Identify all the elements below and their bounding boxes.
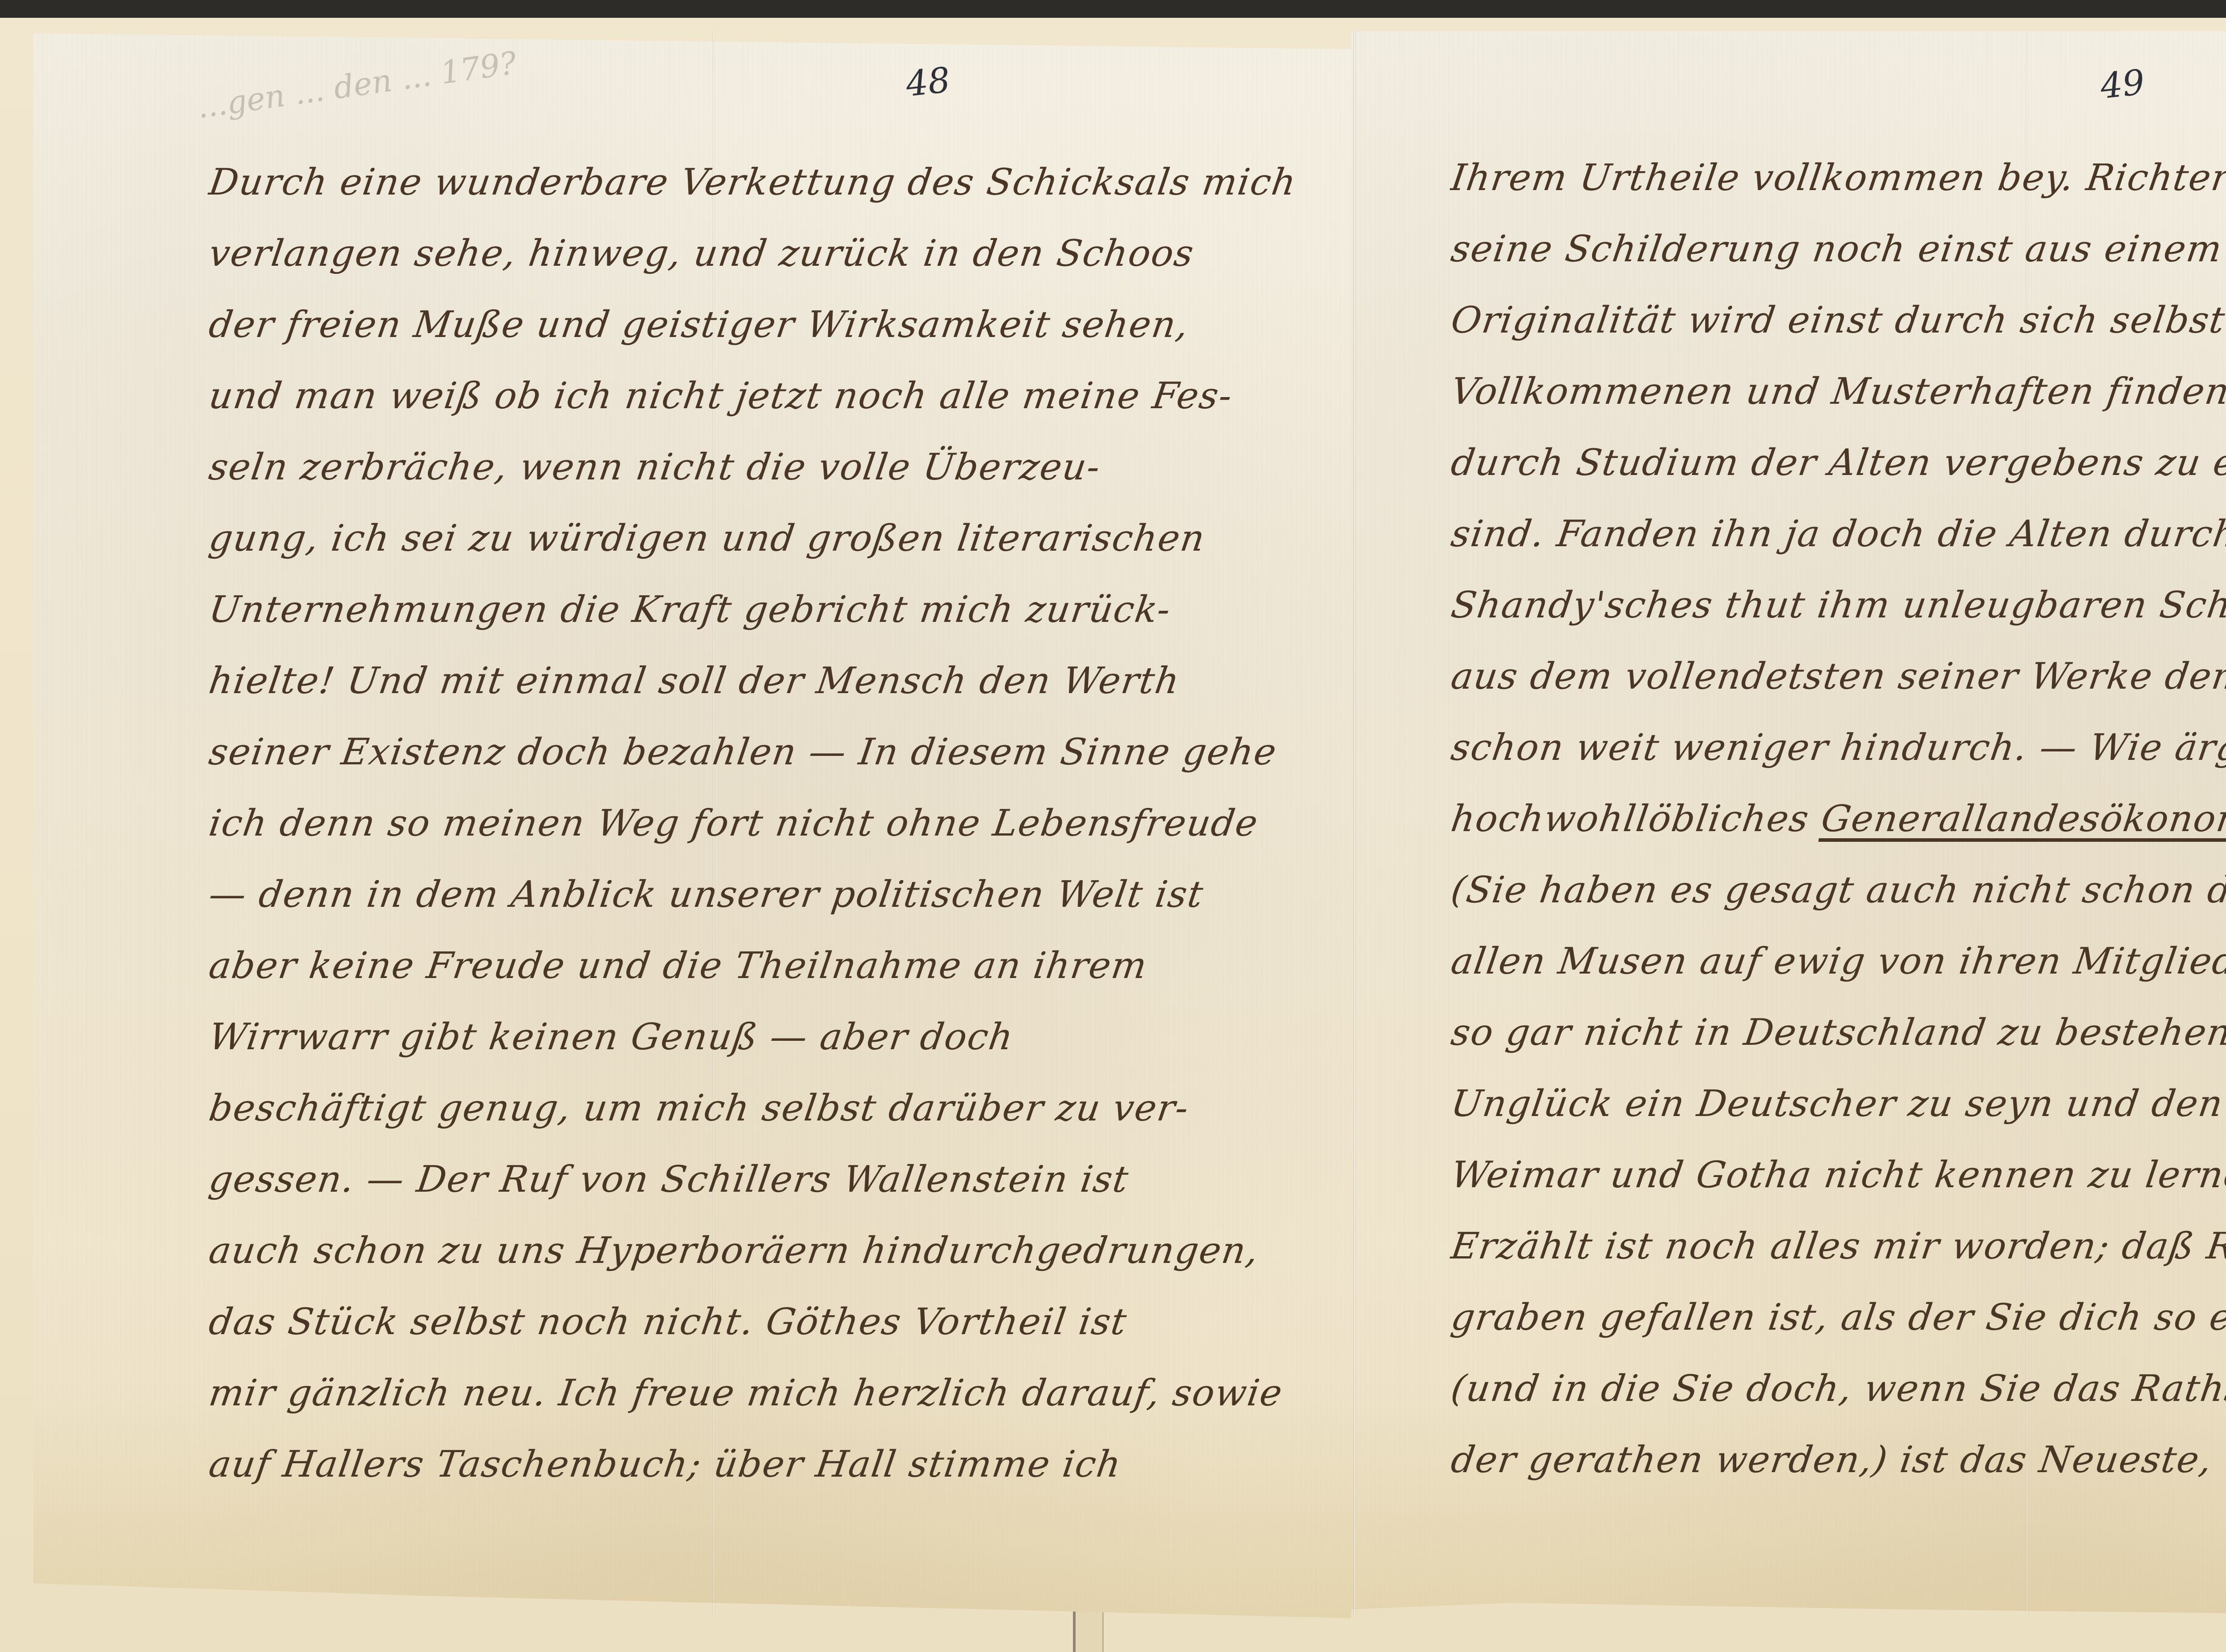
text-line: mir gänzlich neu. Ich freue mich herzlic… <box>204 1358 1416 1429</box>
underlined-word: Generallandesökonomiekommerzcollegium <box>1819 798 2226 840</box>
text-line: Wirrwarr gibt keinen Genuß — aber doch <box>204 1002 1416 1073</box>
text-prefix: hochwohllöbliches <box>1448 798 1824 840</box>
text-line: Unglück ein Deutscher zu seyn und den Kr… <box>1446 1068 2226 1140</box>
text-line: (und in die Sie doch, wenn Sie das Raths… <box>1446 1353 2226 1425</box>
text-line: ich denn so meinen Weg fort nicht ohne L… <box>204 788 1416 859</box>
text-line: auch schon zu uns Hyperboräern hindurchg… <box>204 1215 1416 1287</box>
text-line: Weimar und Gotha nicht kennen zu lernen! <box>1446 1140 2226 1211</box>
text-line: gessen. — Der Ruf von Schillers Wallenst… <box>204 1144 1416 1215</box>
text-line: allen Musen auf ewig von ihren Mitgliede… <box>1446 926 2226 997</box>
text-line: beschäftigt genug, um mich selbst darübe… <box>204 1073 1416 1144</box>
text-line: seine Schilderung noch einst aus einem P… <box>1446 214 2226 285</box>
text-line: seiner Existenz doch bezahlen — In diese… <box>204 717 1416 788</box>
text-line: Erzählt ist noch alles mir worden; daß R… <box>1446 1211 2226 1282</box>
text-line: Shandy'sches thut ihm unleugbaren Schade… <box>1446 570 2226 641</box>
text-line: gung, ich sei zu würdigen und großen lit… <box>204 503 1416 574</box>
text-line: aus dem vollendetsten seiner Werke dem C… <box>1446 641 2226 712</box>
text-line: schon weit weniger hindurch. — Wie ärger… <box>1446 712 2226 783</box>
page-number-left: 48 <box>904 60 952 105</box>
text-line: durch Studium der Alten vergebens zu ers… <box>1446 427 2226 499</box>
text-line: der gerathen werden,) ist das Neueste, w… <box>1446 1425 2226 1496</box>
text-line: Ihrem Urtheile vollkommen bey. Richter h… <box>1446 142 2226 214</box>
text-line: und man weiß ob ich nicht jetzt noch all… <box>204 361 1416 432</box>
text-line: auf Hallers Taschenbuch; über Hall stimm… <box>204 1429 1416 1500</box>
text-line: seln zerbräche, wenn nicht die volle Übe… <box>204 432 1416 503</box>
text-line: Vollkommenen und Musterhaften finden, de… <box>1446 356 2226 427</box>
text-line: Unternehmungen die Kraft gebricht mich z… <box>204 574 1416 645</box>
text-line: — denn in dem Anblick unserer politische… <box>204 859 1416 930</box>
text-line-with-underline: hochwohllöbliches Generallandesökonomiek… <box>1446 783 2226 855</box>
text-line: hielte! Und mit einmal soll der Mensch d… <box>204 645 1416 717</box>
handwritten-text-right-page: Ihrem Urtheile vollkommen bey. Richter h… <box>1451 142 2226 1496</box>
text-line: Durch eine wunderbare Verkettung des Sch… <box>204 147 1416 218</box>
text-line: so gar nicht in Deutschland zu bestehen … <box>1446 997 2226 1068</box>
text-line: (Sie haben es gesagt auch nicht schon de… <box>1446 855 2226 926</box>
text-line: das Stück selbst noch nicht. Göthes Vort… <box>204 1287 1416 1358</box>
text-line: der freien Muße und geistiger Wirksamkei… <box>204 289 1416 361</box>
text-line: graben gefallen ist, als der Sie dich so… <box>1446 1282 2226 1353</box>
handwritten-text-left-page: Durch eine wunderbare Verkettung des Sch… <box>209 147 1411 1500</box>
page-number-right: 49 <box>2099 62 2147 107</box>
text-line: Originalität wird einst durch sich selbs… <box>1446 285 2226 356</box>
text-line: sind. Fanden ihn ja doch die Alten durch… <box>1446 499 2226 570</box>
text-line: aber keine Freude und die Theilnahme an … <box>204 930 1416 1002</box>
text-line: verlangen sehe, hinweg, und zurück in de… <box>204 218 1416 289</box>
